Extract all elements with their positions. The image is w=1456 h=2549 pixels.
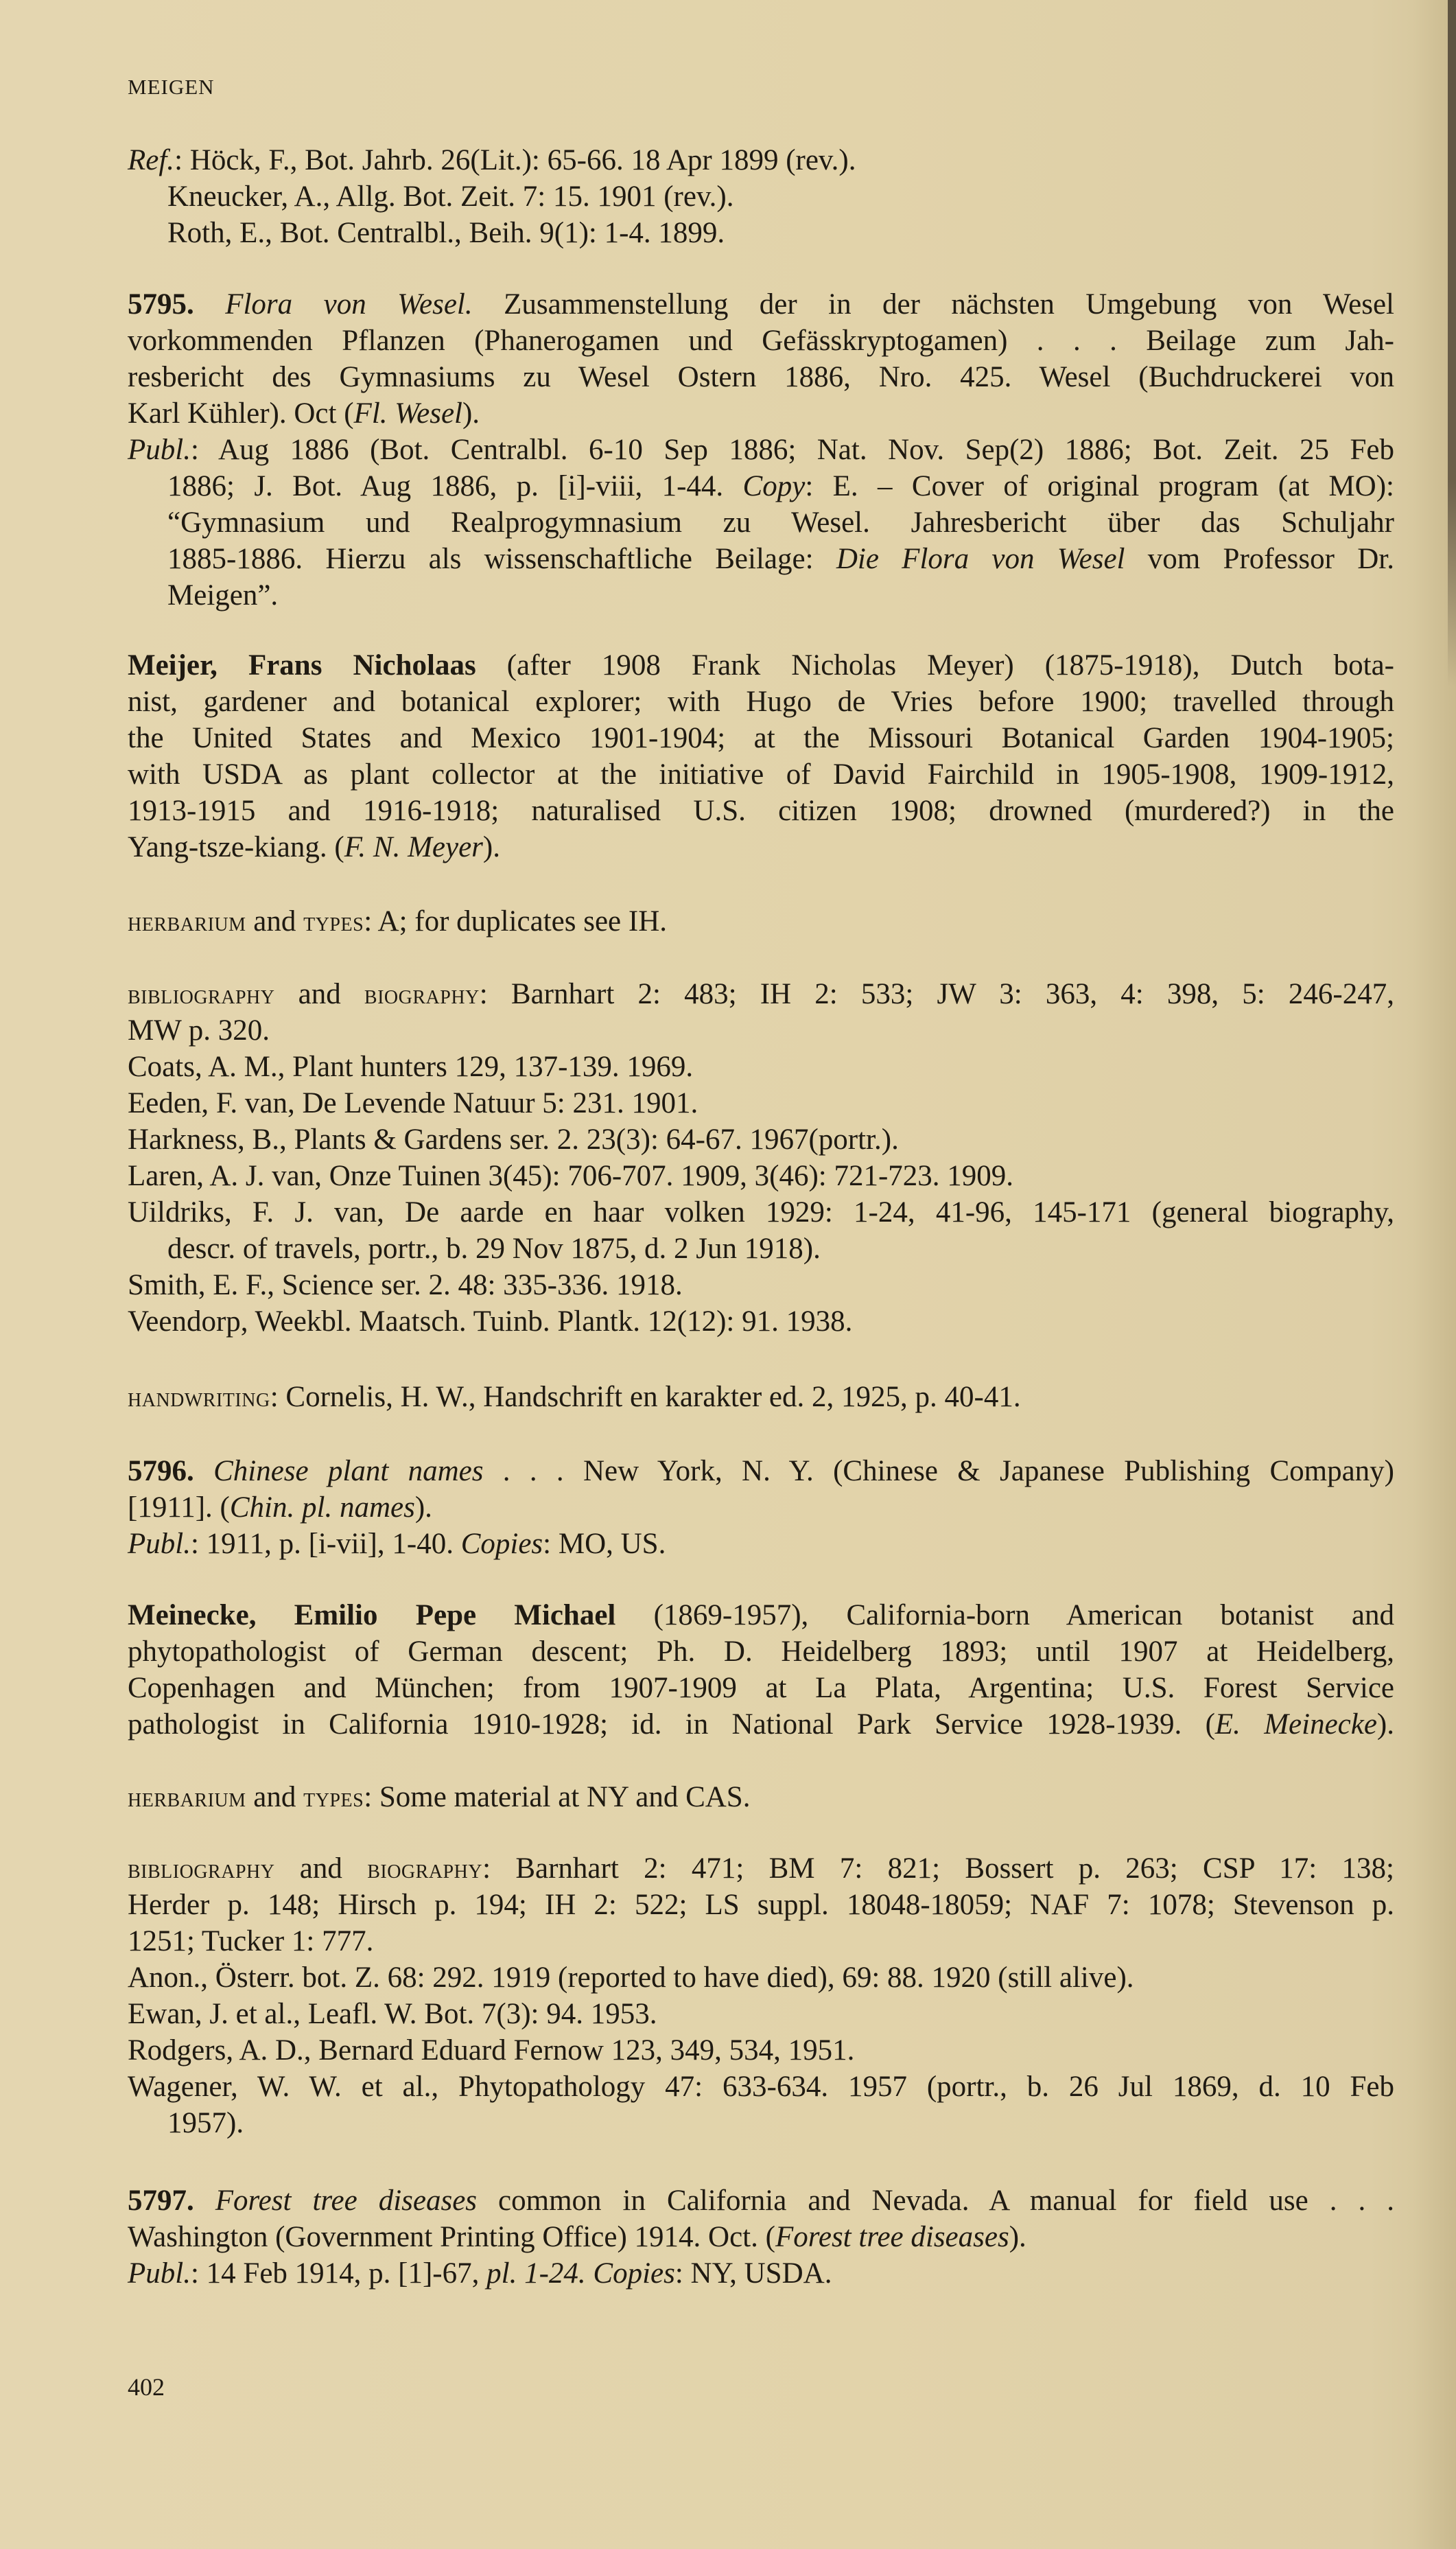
publication-line: Publ.: 1911, p. [i-vii], 1-40. Copies: M… bbox=[128, 1526, 1394, 1562]
reference-line: Ewan, J. et al., Leafl. W. Bot. 7(3): 94… bbox=[128, 1996, 1394, 2032]
entry-title: Forest tree diseases bbox=[215, 2185, 477, 2217]
abbreviation: Forest tree diseases bbox=[775, 2221, 1009, 2253]
reference-line: Smith, E. F., Science ser. 2. 48: 335-33… bbox=[128, 1267, 1394, 1303]
publication-line: Publ.: 14 Feb 1914, p. [1]-67, pl. 1-24.… bbox=[128, 2255, 1394, 2292]
page-edge-shadow bbox=[1448, 0, 1456, 686]
abbreviation: Chin. pl. names bbox=[230, 1491, 415, 1524]
page-number: 402 bbox=[128, 2369, 165, 2406]
entry-number: 5795. bbox=[128, 288, 194, 321]
entry-5797: 5797. Forest tree diseases common in Cal… bbox=[128, 2183, 1394, 2292]
meigen-references: Ref.: Höck, F., Bot. Jahrb. 26(Lit.): 65… bbox=[128, 142, 1394, 251]
handwriting-meijer: handwriting: Cornelis, H. W., Handschrif… bbox=[128, 1379, 1394, 1415]
reference-line: Ref.: Höck, F., Bot. Jahrb. 26(Lit.): 65… bbox=[128, 142, 1394, 178]
reference-line: Eeden, F. van, De Levende Natuur 5: 231.… bbox=[128, 1085, 1394, 1121]
person-name: Meinecke, Emilio Pepe Michael bbox=[128, 1599, 615, 1631]
publication-line: Publ.: Aug 1886 (Bot. Centralbl. 6-10 Se… bbox=[128, 432, 1394, 468]
abbreviation: F. N. Meyer bbox=[344, 831, 483, 863]
reference-line: Uildriks, F. J. van, De aarde en haar vo… bbox=[128, 1194, 1394, 1231]
bibliography-meijer: bibliography and biography: Barnhart 2: … bbox=[128, 976, 1394, 1340]
reference-line: Veendorp, Weekbl. Maatsch. Tuinb. Plantk… bbox=[128, 1303, 1394, 1340]
running-head: MEIGEN bbox=[128, 69, 215, 105]
entry-number: 5796. bbox=[128, 1455, 194, 1487]
herbarium-meijer: herbarium and types: A; for duplicates s… bbox=[128, 903, 1394, 940]
entry-5795: 5795. Flora von Wesel. Zusammenstellung … bbox=[128, 286, 1394, 614]
biography-meinecke: Meinecke, Emilio Pepe Michael (1869-1957… bbox=[128, 1597, 1394, 1743]
reference-line: Wagener, W. W. et al., Phytopathology 47… bbox=[128, 2069, 1394, 2105]
biography-meijer: Meijer, Frans Nicholaas (after 1908 Fran… bbox=[128, 647, 1394, 865]
reference-line: Anon., Österr. bot. Z. 68: 292. 1919 (re… bbox=[128, 1959, 1394, 1996]
entry-title: Chinese plant names bbox=[213, 1455, 483, 1487]
person-name: Meijer, Frans Nicholaas bbox=[128, 649, 476, 682]
reference-line: Coats, A. M., Plant hunters 129, 137-139… bbox=[128, 1049, 1394, 1085]
abbreviation: E. Meinecke bbox=[1215, 1708, 1377, 1741]
abbreviation: Fl. Wesel bbox=[354, 397, 462, 430]
reference-line: Laren, A. J. van, Onze Tuinen 3(45): 706… bbox=[128, 1158, 1394, 1194]
entry-title: Flora von Wesel. bbox=[225, 288, 472, 321]
bibliography-meinecke: bibliography and biography: Barnhart 2: … bbox=[128, 1850, 1394, 2141]
herbarium-meinecke: herbarium and types: Some material at NY… bbox=[128, 1779, 1394, 1815]
reference-line: Kneucker, A., Allg. Bot. Zeit. 7: 15. 19… bbox=[128, 178, 1394, 215]
reference-line: Rodgers, A. D., Bernard Eduard Fernow 12… bbox=[128, 2032, 1394, 2069]
reference-line: Roth, E., Bot. Centralbl., Beih. 9(1): 1… bbox=[128, 215, 1394, 251]
entry-5796: 5796. Chinese plant names . . . New York… bbox=[128, 1453, 1394, 1562]
entry-number: 5797. bbox=[128, 2185, 194, 2217]
reference-line: Harkness, B., Plants & Gardens ser. 2. 2… bbox=[128, 1121, 1394, 1158]
